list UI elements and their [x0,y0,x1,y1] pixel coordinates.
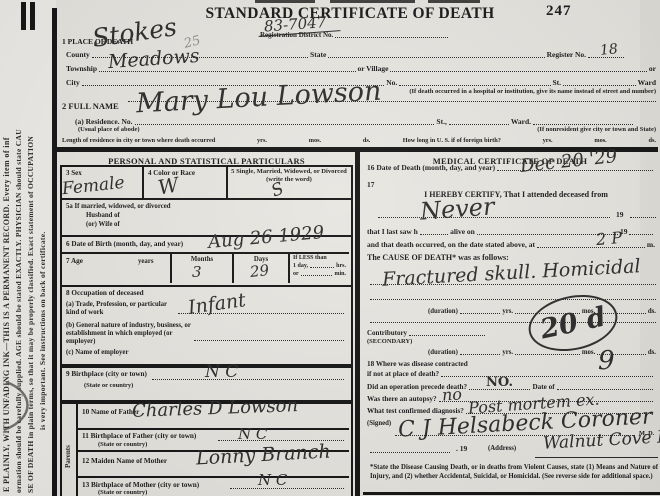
city-label: City [66,78,80,87]
cell-border [76,476,349,478]
death-occurred-label: and that death occurred, on the date sta… [367,240,535,249]
registration-district-label: Registration District No. [260,31,333,39]
mother-birthplace-handwriting: N C [258,473,287,488]
min-label: min. [334,271,346,277]
cell-border [288,252,290,283]
cell-border [232,252,234,283]
footnote: *State the Disease Causing Death, or in … [370,463,658,481]
autopsy-label: Was there an autopsy? [367,395,437,403]
dotted-leader [563,85,636,86]
dotted-leader [515,354,580,355]
ds-label: ds. [648,137,656,144]
age-days-handwriting: 29 [249,263,270,280]
ward-label: Ward [638,78,656,87]
binding-mark [21,2,26,30]
marital-label: 5 Single, Married, Widowed, or Divorced … [231,168,347,183]
foreign-birth-label: How long in U. S. if of foreign birth? [403,137,501,144]
margin-note-line: ormation should be carefully supplied. A… [14,129,23,493]
binding-mark [30,2,35,30]
contributory-line: Contributory [367,329,487,337]
county-label: County [66,50,90,59]
dotted-leader [441,376,653,377]
cell-border [76,428,349,430]
or-label: or [293,271,299,277]
or-label: or [649,64,656,73]
year-line-label: . 19 [456,444,467,453]
date-of-death-label: 16 Date of Death (month, day, and year) [367,163,495,172]
dotted-leader [557,389,653,390]
item-17-number: 17 [367,180,375,189]
mos-label: mos. [309,137,321,144]
house-no-label: No. [386,78,397,87]
dotted-leader [630,217,656,218]
dotted-leader [370,299,656,300]
state-or-country-note: (State or country) [84,382,133,389]
yrs-label: yrs. [257,137,267,144]
last-saw-label: that I last saw h [367,227,418,236]
duration-line-secondary: (duration) yrs. mos. ds. [428,349,656,356]
dotted-leader [135,124,435,125]
certificate-number: 247 [546,3,572,20]
dotted-leader [230,488,344,489]
village-label: or Village [358,64,389,73]
hrs-label: hrs. [336,263,346,269]
father-name-label: 10 Name of Father [82,408,139,416]
dotted-leader [460,313,500,314]
where-contracted-label2: if not at place of death? [367,370,439,378]
ds-label: ds. [648,349,656,356]
register-label: Register No. [547,50,586,59]
state-or-country-note: (State or country) [98,441,147,448]
occupation-label: 8 Occupation of deceased [66,289,144,297]
duration-label: (duration) [428,349,458,356]
registration-district-line: Registration District No. [260,31,450,39]
occupation-c-label: (c) Name of employer [66,349,128,356]
bottom-rule [363,492,660,495]
father-birthplace-handwriting: N C [238,427,267,442]
cell-border [226,165,228,200]
abode-note: (Usual place of abode) [78,126,140,133]
autopsy-handwriting: no [441,386,462,403]
wife-of-label: (or) Wife of [86,221,120,228]
dotted-leader [370,284,656,285]
secondary-label: (SECONDARY) [367,338,412,345]
birthplace-label: 9 Birthplace (city or town) [66,370,147,378]
residence-ward-label: Ward. [511,117,531,126]
dotted-leader [310,267,334,268]
residence-label: (a) Residence. No. [75,117,133,126]
death-time-handwriting: 2 P [595,230,622,248]
underline [535,457,658,458]
dotted-leader [328,57,544,58]
certificate-title: STANDARD CERTIFICATE OF DEATH [200,5,500,23]
less-than-day-line2: 1 day, hrs. [293,263,346,269]
duration-label: (duration) [428,308,458,315]
dotted-leader [449,124,509,125]
one-day-label: 1 day, [293,263,308,269]
mother-name-label: 12 Maiden Name of Mother [82,457,167,465]
yrs-label: yrs. [543,137,553,144]
duration-handwriting: 20 d [538,303,608,343]
dotted-leader [390,71,647,72]
dotted-leader [420,234,448,235]
address-handwriting: Walnut Cove NC [543,428,660,452]
length-label: Length of residence in city or town wher… [62,137,215,144]
test-label: What test confirmed diagnosis? [367,407,464,415]
cause-of-death-label: The CAUSE OF DEATH* was as follows: [367,253,509,262]
dotted-leader [629,234,653,235]
full-name-label: 2 FULL NAME [62,101,119,111]
cutoff-text-smear [428,0,480,3]
occupation-a-label: (a) Trade, Profession, or particular kin… [66,301,178,317]
binding-flourish-decoration [0,378,40,438]
residence-street-label: St., [436,117,446,126]
where-contracted-handwriting: 9 [598,348,615,374]
dotted-leader [537,247,645,248]
margin-note-line: E PLAINLY, WITH UNFADING INK—THIS IS A P… [2,137,11,492]
parents-vertical-label: Parents [64,445,72,468]
age-years-label: years [138,258,153,265]
where-contracted-label1: 18 Where was disease contracted [367,360,468,368]
address-label: (Address) [488,445,516,452]
yrs-label: yrs. [502,308,513,315]
less-than-label: If LESS than [293,255,327,261]
death-certificate-scan: E PLAINLY, WITH UNFADING INK—THIS IS A P… [0,0,660,496]
less-than-day-line1: If LESS than [293,255,346,261]
less-than-day-line3: or min. [293,271,346,277]
contributory-label: Contributory [367,329,407,337]
husband-of-label: Husband of [86,212,120,219]
dotted-leader [335,37,448,38]
date-of-birth-label: 6 Date of Birth (month, day, and year) [66,240,183,248]
cutoff-text-smear [330,0,415,3]
yrs-label: yrs. [502,349,513,356]
cell-border [170,252,172,283]
occupation-b-label: (b) General nature of industry, business… [66,322,192,345]
cell-border [76,400,78,496]
cutoff-text-smear [255,0,315,3]
form-left-border [52,8,57,496]
dotted-leader [194,340,344,341]
dotted-leader [533,124,633,125]
meridiem-label: m. [647,240,655,249]
year-stub: 19 [616,210,624,219]
ds-label: ds. [363,137,371,144]
married-detail-label: 5a If married, widowed, or divorced [66,203,171,210]
dotted-leader [370,452,450,453]
age-months-handwriting: 3 [192,265,202,280]
nonresident-note: (If nonresident give city or town and St… [450,126,656,133]
margin-note-line: SE OF DEATH in plain terms, so that it m… [26,136,35,493]
column-divider [355,150,360,496]
dotted-leader [460,354,500,355]
residence-line: (a) Residence. No. St., Ward. [75,117,635,126]
register-number-handwriting: 18 [599,42,618,58]
mother-birthplace-label: 13 Birthplace of Mother (city or town) [82,481,199,489]
cell-border [142,165,144,200]
length-of-residence-line: Length of residence in city or town wher… [62,137,656,144]
county-handwriting: Stokes [91,14,179,51]
cell-border [60,252,349,254]
age-months-label: Months [176,256,228,263]
operation-handwriting: NO. [486,376,513,389]
dotted-leader [409,335,485,336]
street-label: St. [553,78,562,87]
dotted-leader [301,275,333,276]
township-label: Township [66,64,97,73]
color-race-handwriting: W [156,174,180,197]
age-label: 7 Age [66,257,83,265]
attended-from-handwriting: Never [419,194,495,223]
ds-label: ds. [648,308,656,315]
signed-label: (Signed) [367,420,391,427]
date-of-label: Date of [532,383,554,391]
state-or-country-note: (State or country) [98,489,147,496]
sex-label: 3 Sex [66,169,82,177]
mos-label: mos. [594,137,606,144]
dotted-leader [152,379,344,380]
mos-label: mos. [582,349,595,356]
birthplace-handwriting: N C [205,364,238,381]
father-birthplace-label: 11 Birthplace of Father (city or town) [82,432,196,440]
alive-on-label: alive on [450,227,475,236]
state-label: State [310,50,326,59]
dotted-leader [399,85,550,86]
